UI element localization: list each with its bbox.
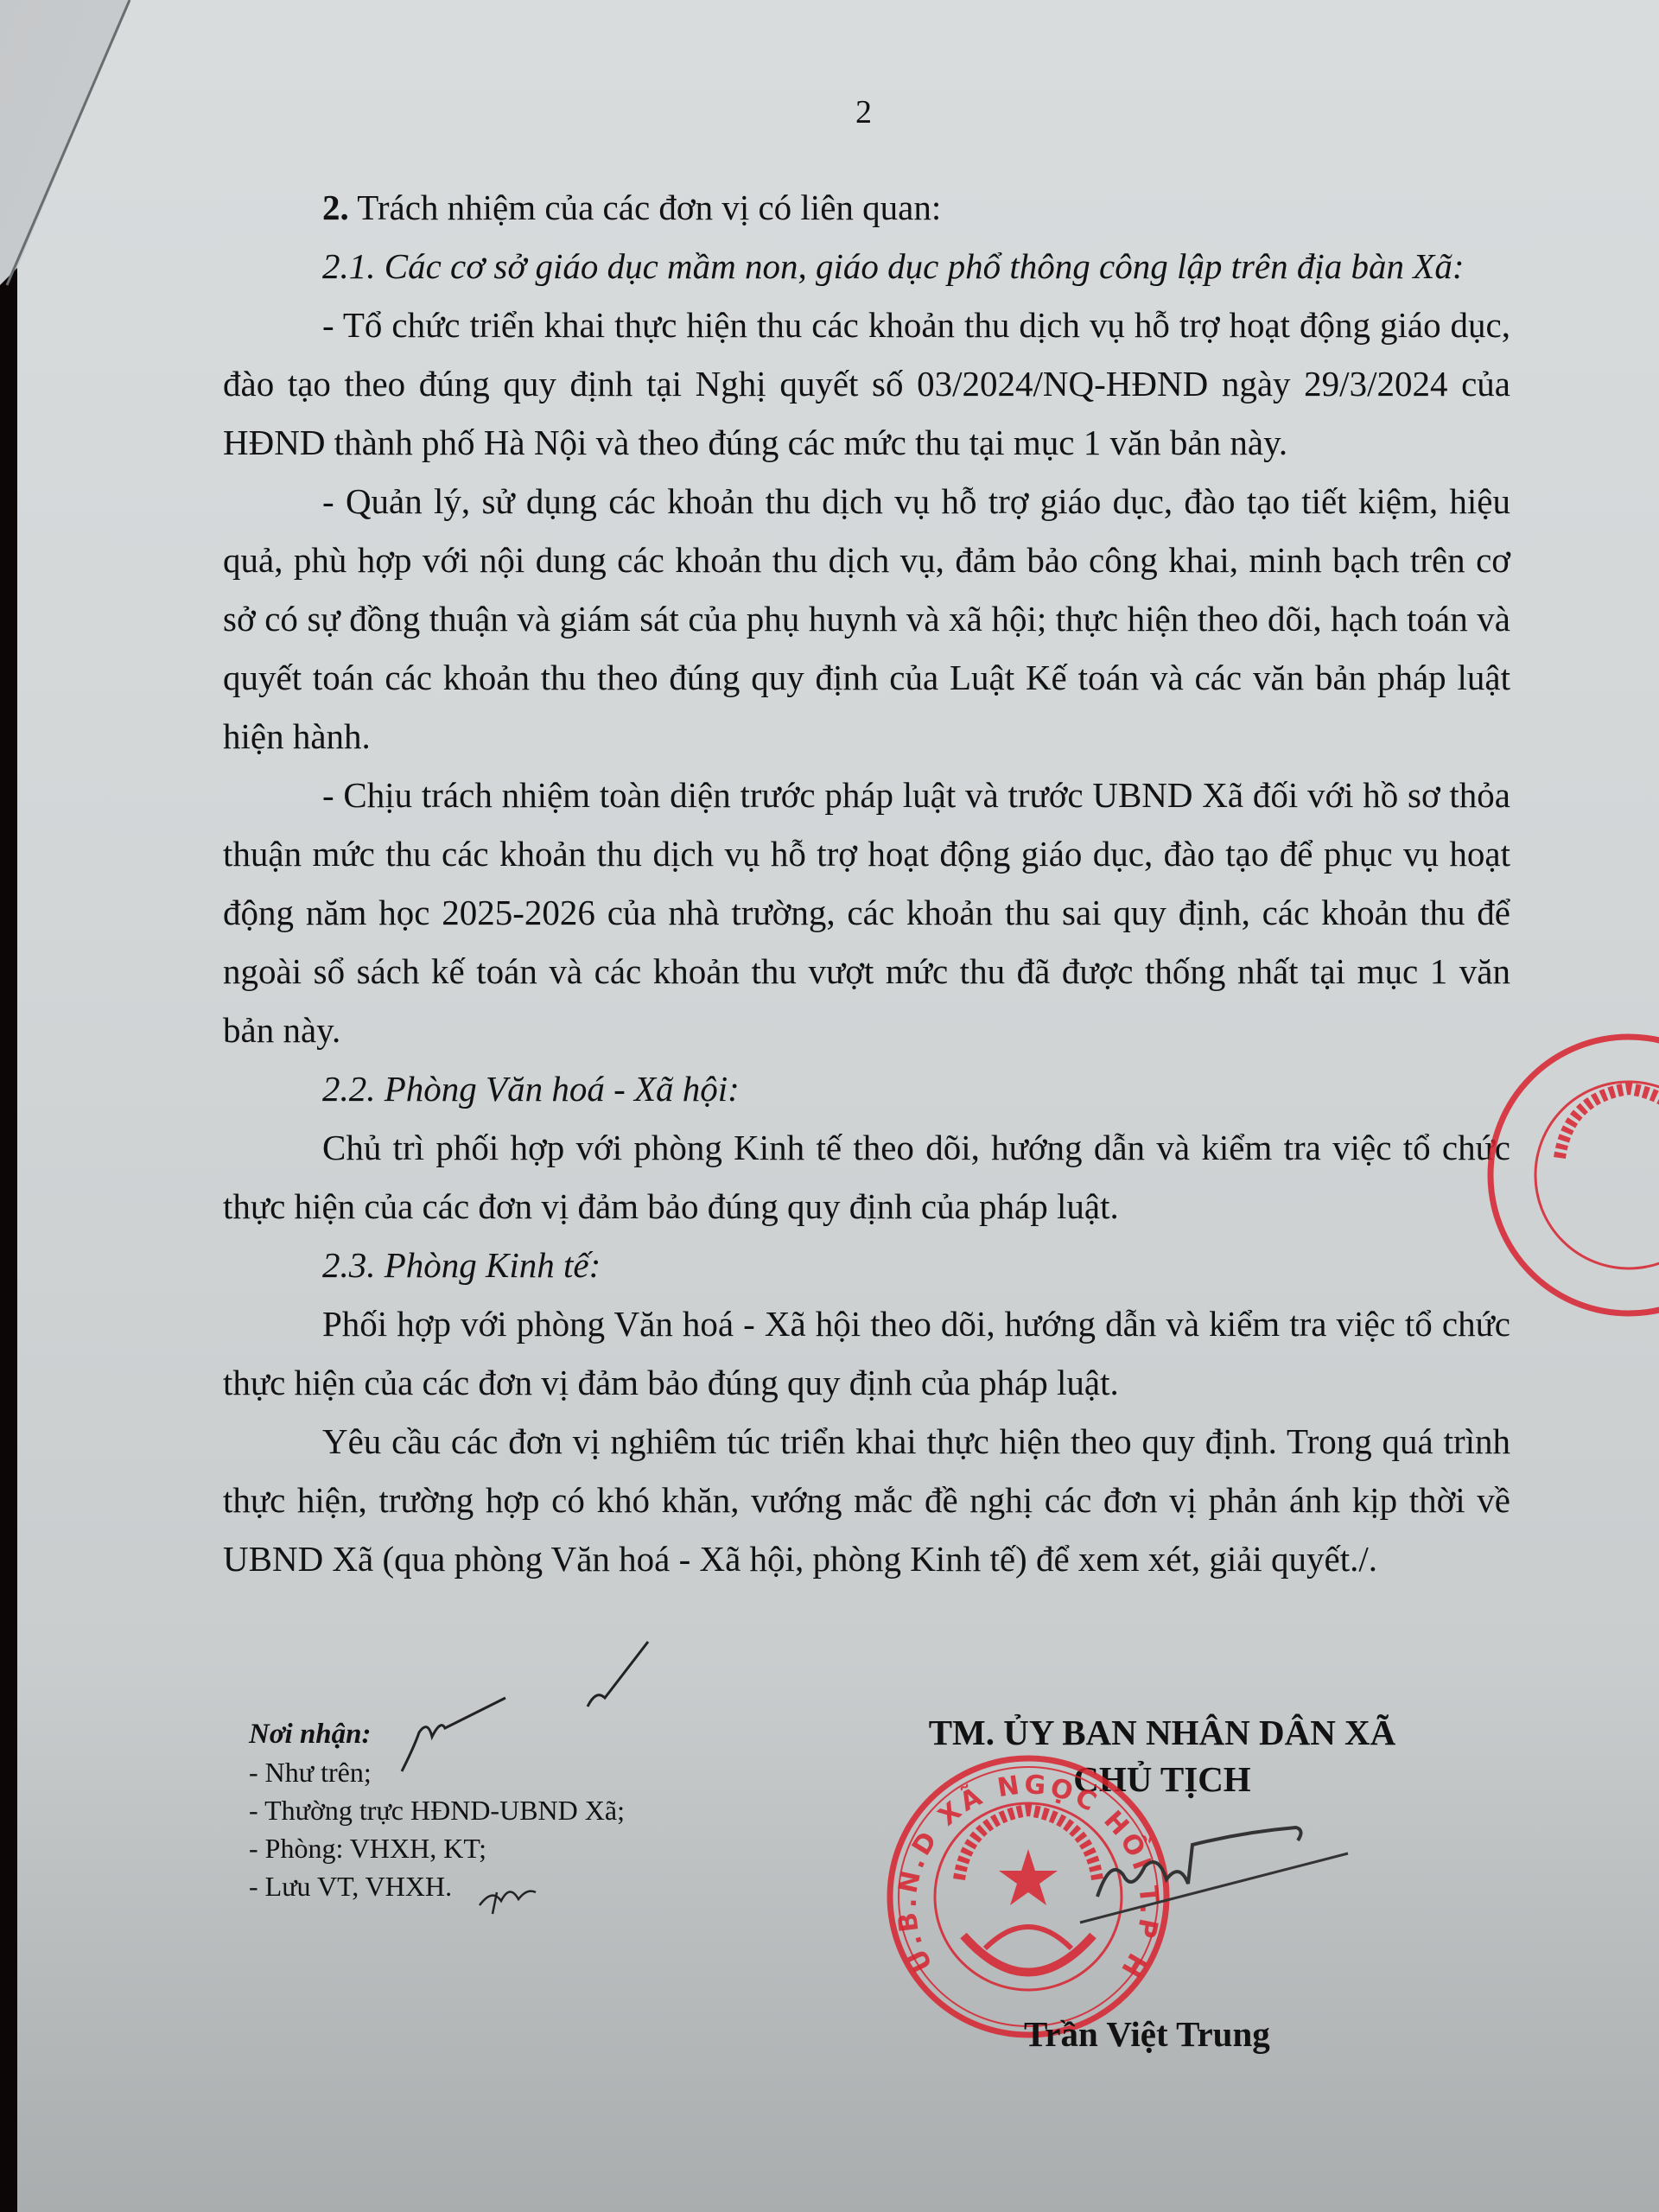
subsection-heading: 2.3. Phòng Kinh tế:	[223, 1236, 1510, 1294]
subsection-heading: 2.2. Phòng Văn hoá - Xã hội:	[223, 1059, 1510, 1118]
signer-name: Trần Việt Trung	[1024, 2013, 1270, 2055]
recipient-item: - Lưu VT, VHXH.	[249, 1867, 625, 1905]
paragraph: - Tổ chức triển khai thực hiện thu các k…	[223, 296, 1510, 472]
closing-paragraph: Yêu cầu các đơn vị nghiêm túc triển khai…	[223, 1412, 1510, 1588]
subsection-heading: 2.1. Các cơ sở giáo dục mầm non, giáo dụ…	[223, 237, 1510, 296]
paragraph: Phối hợp với phòng Văn hoá - Xã hội theo…	[223, 1294, 1510, 1412]
paragraph: - Chịu trách nhiệm toàn diện trước pháp …	[223, 766, 1510, 1059]
page-number: 2	[855, 93, 872, 131]
recipient-item: - Thường trực HĐND-UBND Xã;	[249, 1791, 625, 1829]
recipients-title: Nơi nhận:	[249, 1715, 625, 1753]
signature-block: TM. ỦY BAN NHÂN DÂN XÃ CHỦ TỊCH	[903, 1709, 1421, 1802]
signature-position: CHỦ TỊCH	[903, 1756, 1421, 1802]
paragraph: Chủ trì phối hợp với phòng Kinh tế theo …	[223, 1118, 1510, 1236]
recipient-item: - Như trên;	[249, 1753, 625, 1791]
paragraph: - Quản lý, sử dụng các khoản thu dịch vụ…	[223, 472, 1510, 766]
document-body: 2. Trách nhiệm của các đơn vị có liên qu…	[223, 178, 1510, 1588]
signature-org: TM. ỦY BAN NHÂN DÂN XÃ	[903, 1709, 1421, 1756]
recipients-block: Nơi nhận: - Như trên; - Thường trực HĐND…	[249, 1715, 625, 1905]
recipient-item: - Phòng: VHXH, KT;	[249, 1829, 625, 1867]
section-heading: 2. Trách nhiệm của các đơn vị có liên qu…	[223, 178, 1510, 237]
section-title: Trách nhiệm của các đơn vị có liên quan:	[357, 188, 941, 227]
section-number: 2.	[322, 188, 349, 227]
